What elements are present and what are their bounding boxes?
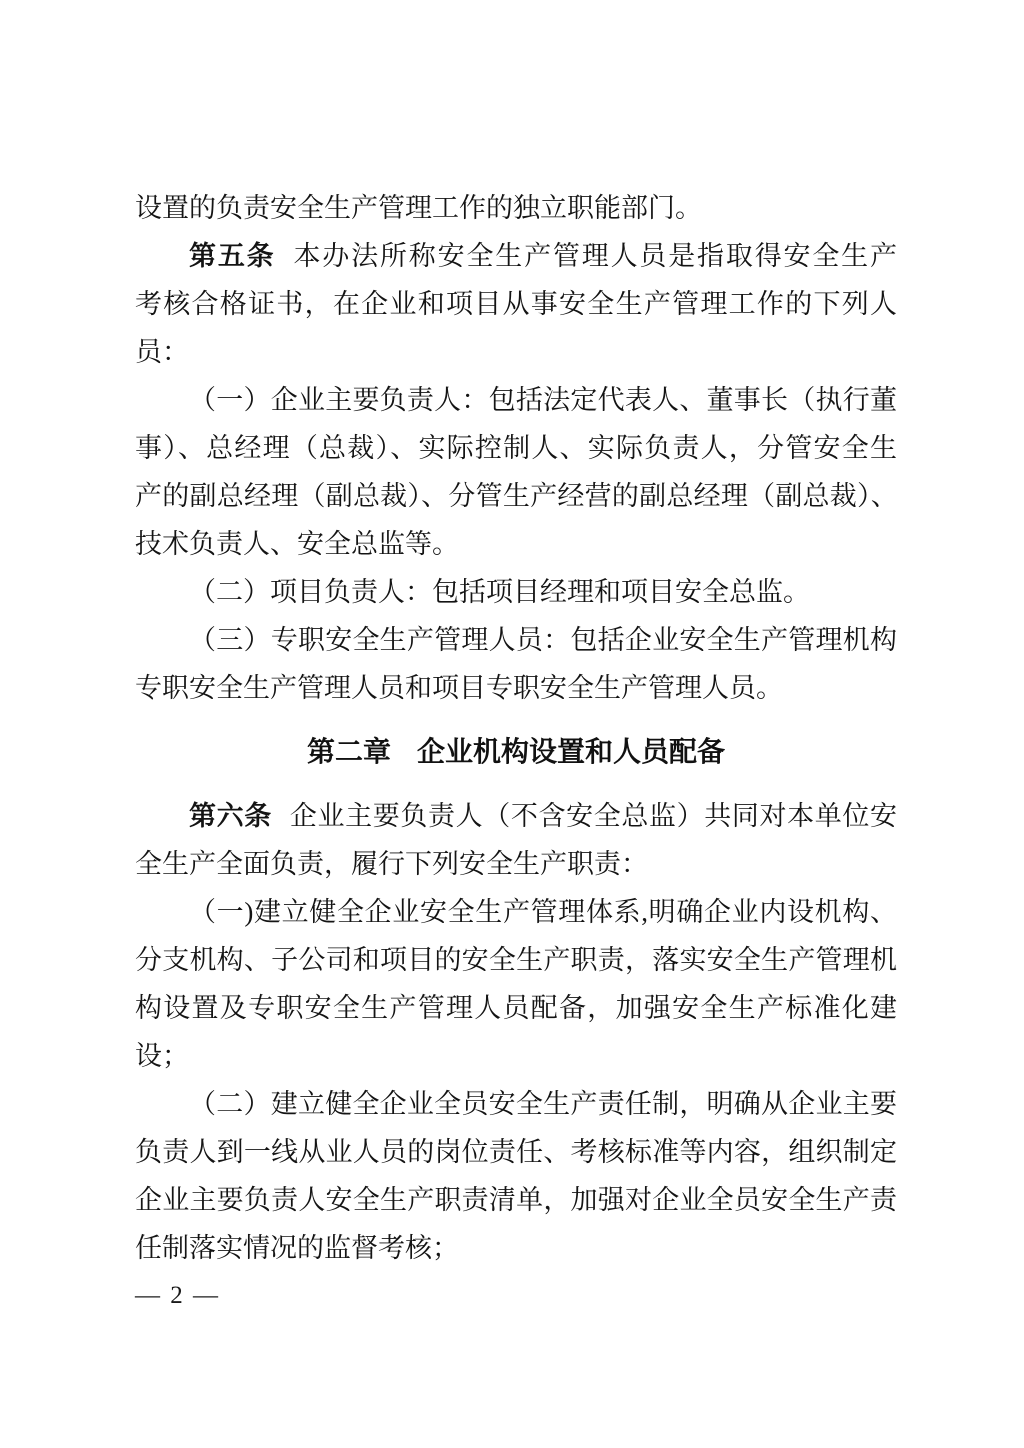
body-text-line: 全生产全面负责，履行下列安全生产职责： [135,840,897,888]
line-text: 员： [135,337,189,367]
list-item-1-line: （一）企业主要负责人：包括法定代表人、董事长（执行董 [135,376,897,424]
line-text: （一）企业主要负责人：包括法定代表人、董事长（执行董 [189,385,897,415]
body-text-line: 设置的负责安全生产管理工作的独立职能部门。 [135,184,897,232]
document-page: 设置的负责安全生产管理工作的独立职能部门。 第五条本办法所称安全生产管理人员是指… [0,0,1024,1448]
line-text: 企业主要负责人安全生产职责清单，加强对企业全员安全生产责 [135,1185,897,1215]
article-number: 第五条 [189,241,275,271]
line-text: 设； [135,1041,189,1071]
line-text: 分支机构、子公司和项目的安全生产职责，落实安全生产管理机 [135,945,897,975]
duty-item-2-line: （二）建立健全企业全员安全生产责任制，明确从企业主要 [135,1080,897,1128]
body-text-line: 产的副总经理（副总裁）、分管生产经营的副总经理（副总裁）、 [135,472,897,520]
document-body: 设置的负责安全生产管理工作的独立职能部门。 第五条本办法所称安全生产管理人员是指… [135,184,897,1320]
body-text-line: 技术负责人、安全总监等。 [135,520,897,568]
line-text: 考核合格证书，在企业和项目从事安全生产管理工作的下列人 [135,289,897,319]
line-text: 技术负责人、安全总监等。 [135,529,459,559]
body-text-line: 分支机构、子公司和项目的安全生产职责，落实安全生产管理机 [135,936,897,984]
list-item-2-line: （二）项目负责人：包括项目经理和项目安全总监。 [135,568,897,616]
page-number: — 2 — [135,1272,897,1320]
line-text: 构设置及专职安全生产管理人员配备，加强安全生产标准化建 [135,993,897,1023]
article-number: 第六条 [189,801,272,831]
line-text: 事）、总经理（总裁）、实际控制人、实际负责人，分管安全生 [135,433,897,463]
article-6-line: 第六条企业主要负责人（不含安全总监）共同对本单位安 [135,792,897,840]
article-5-line: 第五条本办法所称安全生产管理人员是指取得安全生产 [135,232,897,280]
body-text-line: 设； [135,1032,897,1080]
line-text: 产的副总经理（副总裁）、分管生产经营的副总经理（副总裁）、 [135,481,897,511]
line-text: 本办法所称安全生产管理人员是指取得安全生产 [293,241,897,271]
line-text: 全生产全面负责，履行下列安全生产职责： [135,849,648,879]
chapter-title: 企业机构设置和人员配备 [417,736,725,767]
body-text-line: 企业主要负责人安全生产职责清单，加强对企业全员安全生产责 [135,1176,897,1224]
list-item-3-line: （三）专职安全生产管理人员：包括企业安全生产管理机构 [135,616,897,664]
chapter-number: 第二章 [307,736,391,767]
line-text: （二）建立健全企业全员安全生产责任制，明确从企业主要 [189,1089,897,1119]
body-text-line: 员： [135,328,897,376]
line-text: （一)建立健全企业安全生产管理体系,明确企业内设机构、 [189,897,897,927]
line-text: （三）专职安全生产管理人员：包括企业安全生产管理机构 [189,625,897,655]
body-text-line: 专职安全生产管理人员和项目专职安全生产管理人员。 [135,664,897,712]
line-text: 企业主要负责人（不含安全总监）共同对本单位安 [290,801,897,831]
chapter-heading: 第二章企业机构设置和人员配备 [135,728,897,776]
line-text: （二）项目负责人：包括项目经理和项目安全总监。 [189,577,810,607]
body-text-line: 考核合格证书，在企业和项目从事安全生产管理工作的下列人 [135,280,897,328]
body-text-line: 任制落实情况的监督考核； [135,1224,897,1272]
body-text-line: 事）、总经理（总裁）、实际控制人、实际负责人，分管安全生 [135,424,897,472]
line-text: 设置的负责安全生产管理工作的独立职能部门。 [135,193,702,223]
duty-item-1-line: （一)建立健全企业安全生产管理体系,明确企业内设机构、 [135,888,897,936]
body-text-line: 构设置及专职安全生产管理人员配备，加强安全生产标准化建 [135,984,897,1032]
body-text-line: 负责人到一线从业人员的岗位责任、考核标准等内容，组织制定 [135,1128,897,1176]
line-text: 任制落实情况的监督考核； [135,1233,459,1263]
line-text: 负责人到一线从业人员的岗位责任、考核标准等内容，组织制定 [135,1137,897,1167]
line-text: 专职安全生产管理人员和项目专职安全生产管理人员。 [135,673,783,703]
